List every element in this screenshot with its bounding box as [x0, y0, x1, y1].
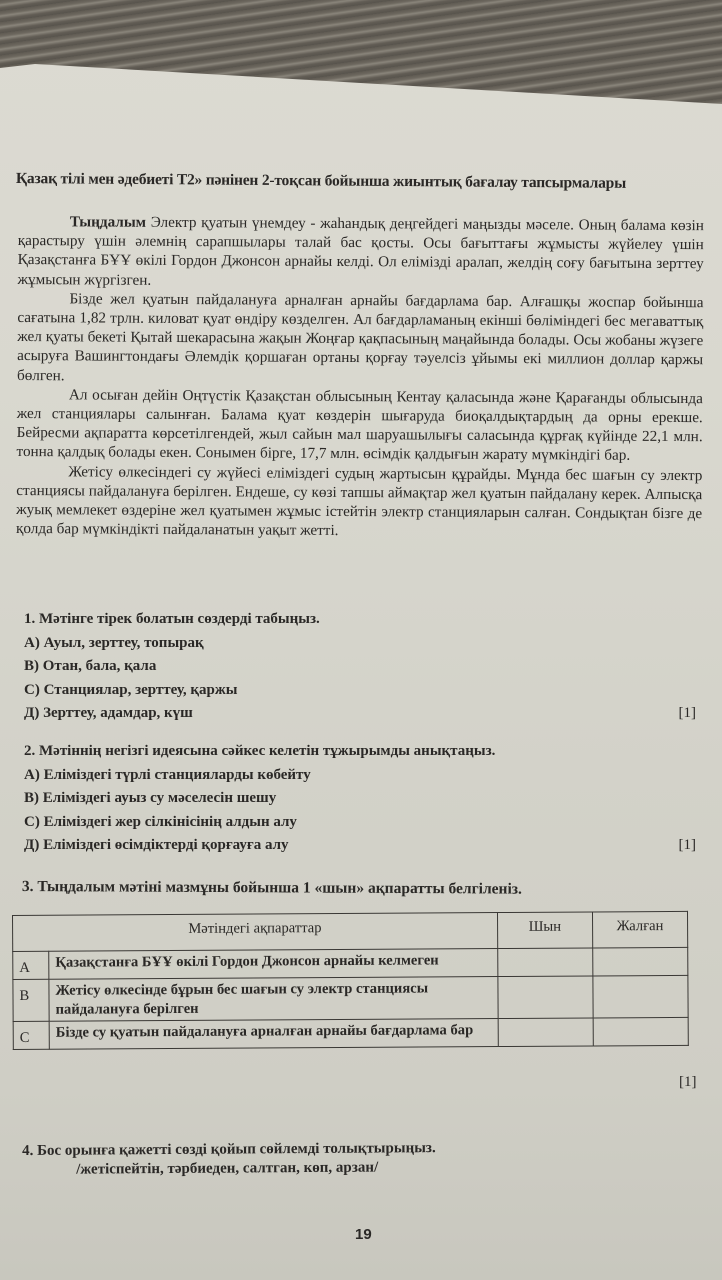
- question-2-option-a: А) Еліміздегі түрлі станцияларды көбейту: [24, 764, 696, 788]
- row-letter: А: [13, 951, 49, 979]
- question-1-mark: [1]: [679, 702, 697, 726]
- table-header-row: Мәтіндегі ақпараттар Шын Жалған: [13, 911, 688, 951]
- false-answer-cell[interactable]: [593, 975, 688, 1018]
- true-answer-cell[interactable]: [497, 948, 592, 977]
- row-statement: Бізде су қуатын пайдалануға арналған арн…: [49, 1019, 498, 1050]
- table-row: В Жетісу өлкесінде бұрын бес шағын су эл…: [13, 975, 688, 1021]
- header-false: Жалған: [592, 911, 687, 948]
- passage-lead: Тыңдалым: [70, 213, 146, 230]
- question-4-prompt: 4. Бос орынға қажетті сөзді қойып сөйлем…: [22, 1140, 436, 1160]
- question-1-option-d: Д) Зерттеу, адамдар, күш[1]: [24, 702, 696, 726]
- page-number: 19: [355, 1226, 372, 1243]
- question-2-option-c: С) Еліміздегі жер сілкінісінің алдын алу: [24, 811, 696, 835]
- passage-paragraph-3: Ал осыған дейін Оңтүстік Қазақстан облыс…: [16, 385, 702, 466]
- row-letter: В: [13, 979, 49, 1021]
- question-3-prompt: 3. Тыңдалым мәтіні мазмұны бойынша 1 «шы…: [22, 878, 522, 899]
- question-1: 1. Мәтінге тірек болатын сөздерді табыңы…: [24, 608, 696, 726]
- row-statement: Қазақстанға БҰҰ өкілі Гордон Джонсон арн…: [49, 949, 498, 980]
- false-answer-cell[interactable]: [593, 947, 688, 976]
- question-1-option-b: В) Отан, бала, қала: [24, 655, 696, 679]
- table-row: А Қазақстанға БҰҰ өкілі Гордон Джонсон а…: [13, 947, 688, 979]
- true-false-table: Мәтіндегі ақпараттар Шын Жалған А Қазақс…: [12, 911, 689, 1050]
- true-answer-cell[interactable]: [498, 976, 593, 1019]
- table-row: С Бізде су қуатын пайдалануға арналған а…: [13, 1017, 688, 1049]
- question-4: 4. Бос орынға қажетті сөзді қойып сөйлем…: [22, 1140, 436, 1179]
- document-page: Қазақ тілі мен әдебиеті Т2» пәнінен 2-то…: [0, 0, 722, 1280]
- question-2-prompt: 2. Мәтіннің негізгі идеясына сәйкес келе…: [24, 740, 696, 764]
- question-1-prompt: 1. Мәтінге тірек болатын сөздерді табыңы…: [24, 608, 696, 632]
- passage-paragraph-2: Бізде жел қуатын пайдалануға арналған ар…: [17, 289, 704, 389]
- question-1-option-a: А) Ауыл, зерттеу, топырақ: [24, 632, 696, 656]
- passage-paragraph-1: Тыңдалым Электр қуатын үнемдеу - жаһанды…: [18, 212, 704, 293]
- row-letter: С: [13, 1021, 49, 1049]
- question-3-mark: [1]: [679, 1074, 697, 1091]
- question-4-word-bank: /жетіспейтін, тәрбиеден, салтган, көп, а…: [76, 1159, 436, 1179]
- false-answer-cell[interactable]: [593, 1017, 688, 1046]
- passage-paragraph-4: Жетісу өлкесіндегі су жүйесі еліміздегі …: [16, 462, 702, 543]
- question-2-mark: [1]: [679, 834, 697, 858]
- document-title: Қазақ тілі мен әдебиеті Т2» пәнінен 2-то…: [16, 170, 716, 193]
- question-2-option-d: Д) Еліміздегі өсімдіктерді қорғауға алу[…: [24, 834, 696, 858]
- header-true: Шын: [497, 912, 592, 949]
- question-2-option-b: В) Еліміздегі ауыз су мәселесін шешу: [24, 787, 696, 811]
- true-answer-cell[interactable]: [498, 1018, 593, 1047]
- header-information: Мәтіндегі ақпараттар: [13, 913, 498, 952]
- question-2: 2. Мәтіннің негізгі идеясына сәйкес келе…: [24, 740, 696, 858]
- listening-passage: Тыңдалым Электр қуатын үнемдеу - жаһанды…: [16, 212, 704, 543]
- question-1-option-c: С) Станциялар, зерттеу, қаржы: [24, 679, 696, 703]
- row-statement: Жетісу өлкесінде бұрын бес шағын су элек…: [49, 977, 498, 1022]
